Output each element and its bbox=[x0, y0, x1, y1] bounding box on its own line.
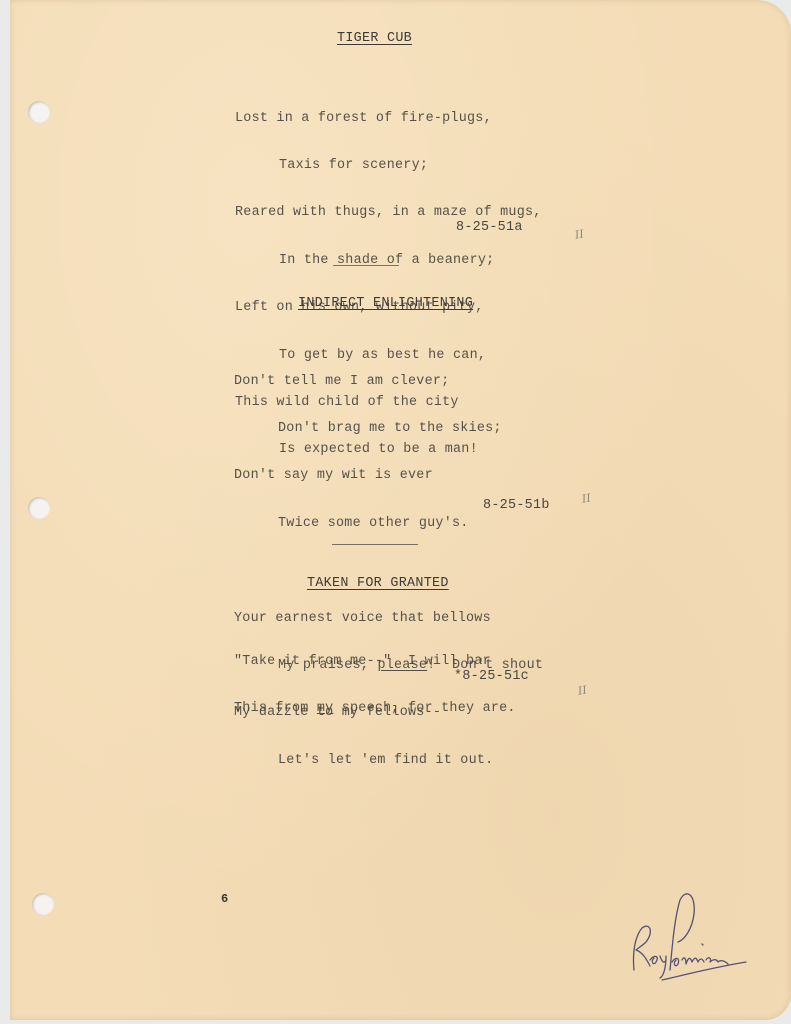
poem-line: Lost in a forest of fire-plugs, bbox=[235, 111, 542, 127]
poem-title-indirect-enlightening: INDIRECT ENLIGHTENING bbox=[298, 296, 473, 311]
page-number: 6 bbox=[221, 892, 228, 906]
section-divider bbox=[332, 544, 418, 545]
poem-line: "Take it from me--" I will bar bbox=[234, 654, 516, 670]
poem-date: *8-25-51c bbox=[454, 669, 529, 684]
poem-line: Twice some other guy's. bbox=[234, 516, 543, 532]
poem-line: Reared with thugs, in a maze of mugs, bbox=[235, 205, 542, 221]
poem-line: Don't say my wit is ever bbox=[234, 468, 543, 484]
section-divider bbox=[333, 265, 399, 266]
poem-line: Let's let 'em find it out. bbox=[234, 753, 543, 769]
signature: Roy Pommier bbox=[620, 880, 760, 990]
poem-body-taken-for-granted: "Take it from me--" I will bar This from… bbox=[234, 622, 516, 748]
underlined-word: my bbox=[317, 701, 334, 716]
margin-mark: II bbox=[581, 491, 592, 505]
poem-line: This from my speech, for they are. bbox=[234, 701, 516, 717]
margin-mark: II bbox=[577, 683, 588, 697]
poem-title-taken-for-granted: TAKEN FOR GRANTED bbox=[307, 576, 449, 591]
punch-hole-bottom bbox=[32, 893, 54, 915]
poem-line: Don't brag me to the skies; bbox=[234, 421, 543, 437]
poem-date: 8-25-51a bbox=[456, 220, 523, 235]
text-segment: speech, for they are. bbox=[333, 701, 515, 716]
poem-line: In the shade of a beanery; bbox=[235, 253, 542, 269]
poem-date: 8-25-51b bbox=[483, 498, 550, 513]
poem-title-tiger-cub: TIGER CUB bbox=[337, 31, 412, 46]
text-segment: This from bbox=[234, 701, 317, 716]
punch-hole-middle bbox=[28, 497, 50, 519]
typed-manuscript-page: TIGER CUB Lost in a forest of fire-plugs… bbox=[10, 0, 791, 1020]
margin-mark: II bbox=[574, 227, 585, 241]
punch-hole-top bbox=[28, 101, 50, 123]
poem-line: Don't tell me I am clever; bbox=[234, 374, 543, 390]
poem-line: Taxis for scenery; bbox=[235, 158, 542, 174]
